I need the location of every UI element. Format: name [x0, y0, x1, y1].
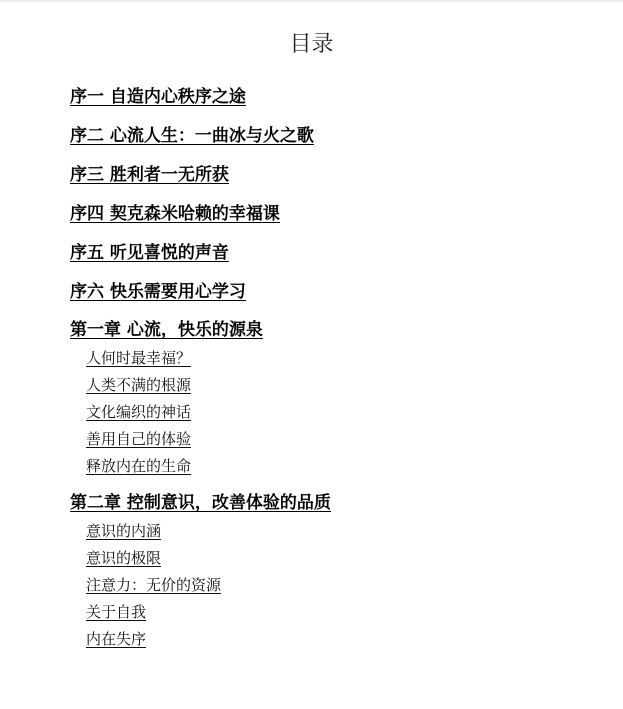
- toc-entry: 序四 契克森米哈赖的幸福课: [70, 203, 280, 225]
- toc-entry: 意识的极限: [86, 548, 161, 568]
- toc-entry: 序五 听见喜悦的声音: [70, 242, 229, 264]
- toc-link[interactable]: 序六 快乐需要用心学习: [70, 282, 246, 302]
- top-border: [0, 0, 623, 2]
- toc-link[interactable]: 序一 自造内心秩序之途: [70, 87, 246, 107]
- toc-link[interactable]: 关于自我: [86, 603, 146, 621]
- toc-link[interactable]: 释放内在的生命: [86, 457, 191, 475]
- toc-link[interactable]: 人类不满的根源: [86, 376, 191, 394]
- toc-entry: 序六 快乐需要用心学习: [70, 281, 246, 303]
- toc-entry: 人类不满的根源: [86, 375, 191, 395]
- toc-link[interactable]: 注意力：无价的资源: [86, 576, 221, 594]
- toc-link[interactable]: 意识的极限: [86, 549, 161, 567]
- toc-entry: 序二 心流人生：一曲冰与火之歌: [70, 125, 314, 147]
- toc-link[interactable]: 文化编织的神话: [86, 403, 191, 421]
- toc-entry: 第一章 心流，快乐的源泉: [70, 319, 263, 341]
- toc-entry: 内在失序: [86, 629, 146, 649]
- toc-entry: 序一 自造内心秩序之途: [70, 86, 246, 108]
- toc-link[interactable]: 意识的内涵: [86, 522, 161, 540]
- toc-entry: 第二章 控制意识，改善体验的品质: [70, 492, 331, 514]
- toc-link[interactable]: 善用自己的体验: [86, 430, 191, 448]
- toc-link[interactable]: 序四 契克森米哈赖的幸福课: [70, 204, 280, 224]
- toc-link[interactable]: 人何时最幸福？: [86, 349, 191, 367]
- toc-link[interactable]: 序二 心流人生：一曲冰与火之歌: [70, 126, 314, 146]
- toc-entry: 序三 胜利者一无所获: [70, 164, 229, 186]
- toc-entry: 人何时最幸福？: [86, 348, 191, 368]
- toc-entry: 注意力：无价的资源: [86, 575, 221, 595]
- toc-title: 目录: [0, 30, 623, 60]
- toc-link[interactable]: 内在失序: [86, 630, 146, 648]
- toc-entry: 善用自己的体验: [86, 429, 191, 449]
- toc-entry: 意识的内涵: [86, 521, 161, 541]
- toc-link[interactable]: 第二章 控制意识，改善体验的品质: [70, 493, 331, 513]
- toc-link[interactable]: 序三 胜利者一无所获: [70, 165, 229, 185]
- toc-entry: 释放内在的生命: [86, 456, 191, 476]
- toc-entry: 关于自我: [86, 602, 146, 622]
- toc-link[interactable]: 序五 听见喜悦的声音: [70, 243, 229, 263]
- toc-link[interactable]: 第一章 心流，快乐的源泉: [70, 320, 263, 340]
- toc-entry: 文化编织的神话: [86, 402, 191, 422]
